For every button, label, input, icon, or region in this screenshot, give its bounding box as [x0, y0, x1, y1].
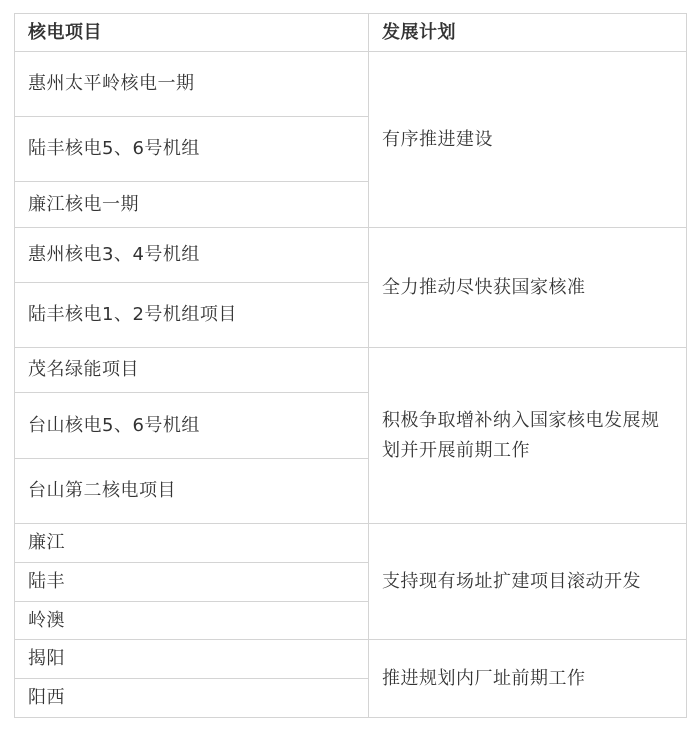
table-row: 惠州太平岭核电一期有序推进建设 [15, 52, 687, 117]
table-row: 廉江支持现有场址扩建项目滚动开发 [15, 524, 687, 563]
project-cell: 惠州核电3、4号机组 [15, 228, 369, 283]
project-cell: 台山核电5、6号机组 [15, 393, 369, 459]
project-cell: 廉江 [15, 524, 369, 563]
project-cell: 阳西 [15, 679, 369, 718]
project-cell: 陆丰 [15, 563, 369, 602]
plan-cell: 支持现有场址扩建项目滚动开发 [369, 524, 687, 640]
table-row: 惠州核电3、4号机组全力推动尽快获国家核准 [15, 228, 687, 283]
project-cell: 茂名绿能项目 [15, 348, 369, 393]
project-cell: 揭阳 [15, 640, 369, 679]
table-row: 揭阳推进规划内厂址前期工作 [15, 640, 687, 679]
project-cell: 陆丰核电5、6号机组 [15, 117, 369, 182]
table-row: 茂名绿能项目积极争取增补纳入国家核电发展规划并开展前期工作 [15, 348, 687, 393]
project-cell: 陆丰核电1、2号机组项目 [15, 283, 369, 348]
project-cell: 廉江核电一期 [15, 182, 369, 228]
column-header-plan: 发展计划 [369, 14, 687, 52]
plan-cell: 推进规划内厂址前期工作 [369, 640, 687, 718]
project-cell: 台山第二核电项目 [15, 459, 369, 524]
plan-cell: 有序推进建设 [369, 52, 687, 228]
header-row: 核电项目 发展计划 [15, 14, 687, 52]
page: 核电项目 发展计划 惠州太平岭核电一期有序推进建设陆丰核电5、6号机组廉江核电一… [0, 0, 695, 739]
plan-cell: 积极争取增补纳入国家核电发展规划并开展前期工作 [369, 348, 687, 524]
nuclear-projects-table: 核电项目 发展计划 惠州太平岭核电一期有序推进建设陆丰核电5、6号机组廉江核电一… [14, 13, 687, 718]
plan-cell: 全力推动尽快获国家核准 [369, 228, 687, 348]
project-cell: 岭澳 [15, 602, 369, 640]
column-header-project: 核电项目 [15, 14, 369, 52]
project-cell: 惠州太平岭核电一期 [15, 52, 369, 117]
